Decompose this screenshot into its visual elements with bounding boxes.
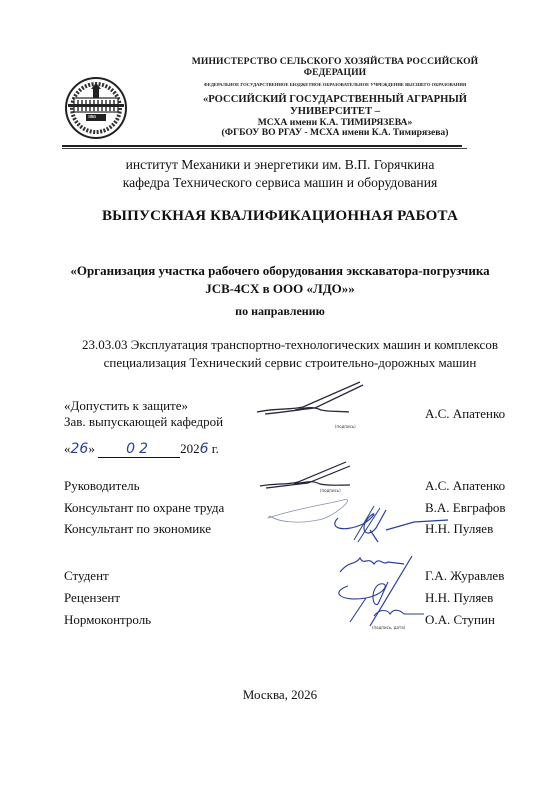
signatures-consultants-icon — [258, 458, 448, 543]
date-year-digit: 6 — [200, 441, 209, 457]
role-economics-consultant: Консультант по экономике — [64, 521, 211, 537]
signature-caption-norm-control: (подпись, дата) — [372, 625, 405, 630]
document-title: ВЫПУСКНАЯ КВАЛИФИКАЦИОННАЯ РАБОТА — [40, 208, 520, 225]
direction-label: по направлению — [40, 304, 520, 319]
approval-label: «Допустить к защите» — [64, 398, 188, 414]
specialization: специализация Технический сервис строите… — [40, 354, 540, 372]
university-line-1: «РОССИЙСКИЙ ГОСУДАРСТВЕННЫЙ АГРАРНЫЙ — [175, 94, 495, 106]
ministry-name: МИНИСТЕРСТВО СЕЛЬСКОГО ХОЗЯЙСТВА РОССИЙС… — [175, 56, 495, 78]
institute-name: институт Механики и энергетики им. В.П. … — [90, 156, 470, 174]
signatures-student-reviewer-icon — [330, 552, 440, 632]
header-divider — [62, 145, 462, 147]
role-norm-control: Нормоконтроль — [64, 612, 151, 628]
role-reviewer: Рецензент — [64, 590, 120, 606]
approval-head-name: А.С. Апатенко — [425, 406, 505, 422]
department-name: кафедра Технического сервиса машин и обо… — [90, 174, 470, 192]
role-student: Студент — [64, 568, 109, 584]
university-name: «РОССИЙСКИЙ ГОСУДАРСТВЕННЫЙ АГРАРНЫЙ УНИ… — [175, 94, 495, 129]
signature-caption: (подпись) — [335, 424, 356, 429]
city-year: Москва, 2026 — [200, 687, 360, 703]
topic-line-1: «Организация участка рабочего оборудован… — [40, 262, 520, 280]
institution-type: ФЕДЕРАЛЬНОЕ ГОСУДАРСТВЕННОЕ БЮДЖЕТНОЕ ОБ… — [175, 82, 495, 88]
approval-head-label: Зав. выпускающей кафедрой — [64, 414, 223, 430]
date-month-field: 02 — [98, 441, 180, 458]
approval-date: «26» 022026 г. — [64, 441, 219, 458]
specialization-block: 23.03.03 Эксплуатация транспортно-технол… — [40, 336, 540, 372]
date-month: 02 — [126, 441, 152, 457]
topic-line-2: JCB-4CX в ООО «ЛДО»» — [40, 280, 520, 298]
institute-block: институт Механики и энергетики им. В.П. … — [90, 156, 470, 192]
signature-caption-supervisor: (подпись) — [320, 488, 341, 493]
signature-head-icon — [255, 382, 365, 422]
logo-year: 1865 — [88, 114, 96, 119]
role-supervisor: Руководитель — [64, 478, 140, 494]
header-divider-thin — [62, 148, 467, 149]
date-suffix: г. — [212, 441, 219, 456]
date-year: 202 — [180, 441, 200, 456]
date-quote-close: » — [88, 441, 95, 456]
university-abbreviation: (ФГБОУ ВО РГАУ - МСХА имени К.А. Тимиряз… — [175, 127, 495, 138]
university-emblem-icon — [60, 74, 132, 146]
direction-code: 23.03.03 Эксплуатация транспортно-технол… — [40, 336, 540, 354]
date-day: 26 — [71, 441, 89, 457]
university-line-2: УНИВЕРСИТЕТ – — [175, 106, 495, 118]
thesis-topic: «Организация участка рабочего оборудован… — [40, 262, 520, 298]
role-safety-consultant: Консультант по охране труда — [64, 500, 224, 516]
